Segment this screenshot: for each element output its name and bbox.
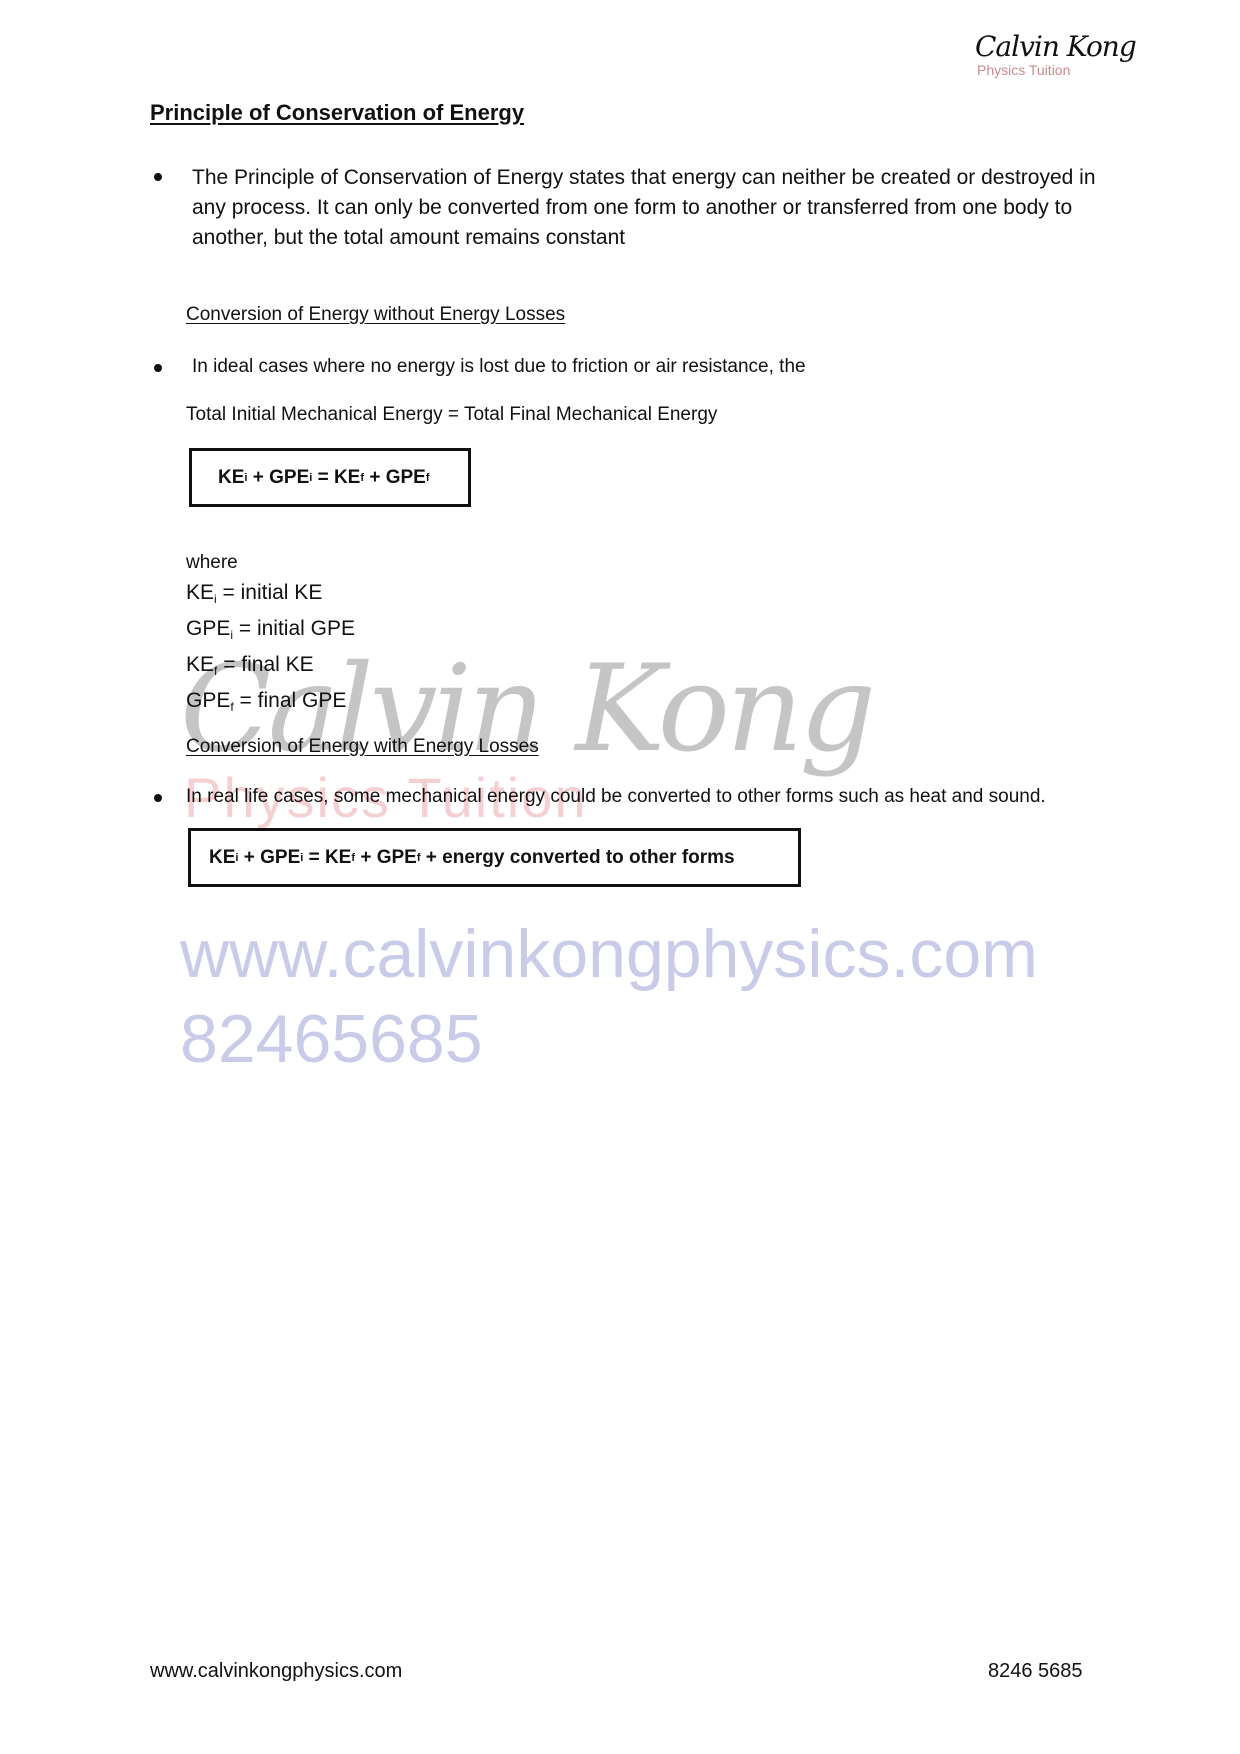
- watermark-url: www.calvinkongphysics.com: [180, 915, 1038, 993]
- equation-box-no-losses: KEi + GPEi = KEf + GPEf: [189, 448, 471, 507]
- eq-term: KE: [218, 467, 244, 489]
- eq-term: = KE: [312, 467, 360, 489]
- real-life-text: In real life cases, some mechanical ener…: [186, 786, 1046, 808]
- page-title: Principle of Conservation of Energy: [150, 100, 524, 126]
- section-heading-without-losses: Conversion of Energy without Energy Loss…: [186, 304, 565, 326]
- logo-signature: Calvin Kong: [975, 30, 1136, 63]
- bullet-icon: [154, 794, 162, 802]
- intro-paragraph: The Principle of Conservation of Energy …: [192, 163, 1132, 253]
- ideal-case-text: In ideal cases where no energy is lost d…: [192, 356, 806, 378]
- energy-statement: Total Initial Mechanical Energy = Total …: [186, 404, 717, 426]
- eq-term: KE: [209, 847, 235, 869]
- eq-term: + energy converted to other forms: [421, 847, 735, 869]
- eq-term: + GPE: [355, 847, 417, 869]
- equation-box-with-losses: KEi + GPEi = KEf + GPEf + energy convert…: [188, 828, 801, 887]
- where-label: where: [186, 548, 355, 578]
- header-logo: Calvin Kong Physics Tuition: [975, 30, 1145, 100]
- footer-phone: 8246 5685: [988, 1660, 1083, 1683]
- bullet-icon: [154, 173, 162, 181]
- eq-term: + GPE: [238, 847, 300, 869]
- watermark-phone: 82465685: [180, 1000, 483, 1078]
- definition-item: KEf = final KE: [186, 650, 355, 686]
- eq-term: = KE: [303, 847, 351, 869]
- definition-item: GPEf = final GPE: [186, 686, 355, 722]
- section-heading-with-losses: Conversion of Energy with Energy Losses: [186, 736, 539, 758]
- bullet-icon: [154, 364, 162, 372]
- definition-item: GPEi = initial GPE: [186, 614, 355, 650]
- footer-website: www.calvinkongphysics.com: [150, 1660, 402, 1683]
- eq-term: + GPE: [247, 467, 309, 489]
- definition-item: KEi = initial KE: [186, 578, 355, 614]
- eq-subscript: f: [426, 472, 430, 484]
- logo-subtitle: Physics Tuition: [977, 62, 1070, 78]
- definitions-list: where KEi = initial KE GPEi = initial GP…: [186, 548, 355, 722]
- eq-term: + GPE: [364, 467, 426, 489]
